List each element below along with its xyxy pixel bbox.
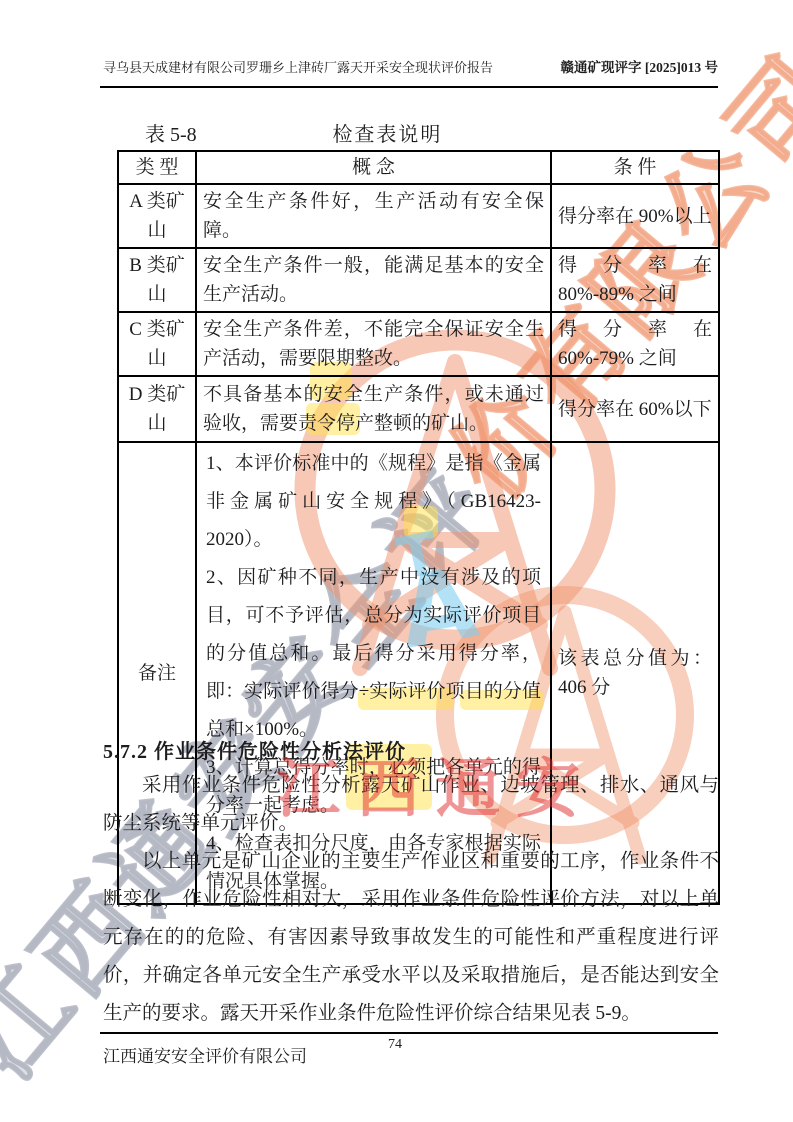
row-b-condition: 得分率在 80%-89% 之间: [551, 248, 719, 312]
table-row: C 类矿山 安全生产条件差，不能完全保证安全生产活动，需要限期整改。 得分率在 …: [118, 312, 719, 376]
col-header-concept: 概 念: [196, 151, 551, 184]
col-header-condition: 条 件: [551, 151, 719, 184]
body-paragraph: 采用作业条件危险性分析露天矿山作业、边坡管理、排水、通风与防尘系统等单元评价。: [103, 767, 719, 843]
row-c-type: C 类矿山: [118, 312, 196, 376]
table-caption-label: 表 5-8: [145, 118, 197, 147]
footer-rule: [100, 1032, 718, 1034]
header-rule: [100, 86, 718, 88]
remarks-item: 2、因矿种不同，生产中没有涉及的项目，可不予评估，总分为实际评价项目的分值总和。…: [203, 559, 544, 749]
table-caption-title: 检查表说明: [332, 118, 442, 147]
table-row: D 类矿山 不具备基本的安全生产条件，或未通过验收，需要责令停产整顿的矿山。 得…: [118, 376, 719, 442]
header-report-title: 寻乌县天成建材有限公司罗珊乡上津砖厂露天开采安全现状评价报告: [103, 57, 493, 76]
row-d-concept: 不具备基本的安全生产条件，或未通过验收，需要责令停产整顿的矿山。: [196, 376, 551, 442]
footer-page-number: 74: [388, 1037, 402, 1053]
table-row: A 类矿山 安全生产条件好，生产活动有安全保障。 得分率在 90%以上: [118, 184, 719, 248]
row-d-type: D 类矿山: [118, 376, 196, 442]
header-doc-number: 赣通矿现评字 [2025]013 号: [561, 56, 719, 76]
col-header-type: 类 型: [118, 151, 196, 184]
row-c-condition: 得分率在 60%-79% 之间: [551, 312, 719, 376]
body-paragraph: 以上单元是矿山企业的主要生产作业区和重要的工序，作业条件不断变化，作业危险性相对…: [103, 843, 719, 1033]
table-header-row: 类 型 概 念 条 件: [118, 151, 719, 184]
remarks-item: 1、本评价标准中的《规程》是指《金属非金属矿山安全规程》（GB16423-202…: [203, 445, 544, 559]
section-heading: 5.7.2 作业条件危险性分析法评价: [103, 735, 406, 764]
page-content: 寻乌县天成建材有限公司罗珊乡上津砖厂露天开采安全现状评价报告 赣通矿现评字 [2…: [0, 0, 793, 1122]
row-a-condition: 得分率在 90%以上: [551, 184, 719, 248]
row-a-type: A 类矿山: [118, 184, 196, 248]
row-b-concept: 安全生产条件一般，能满足基本的安全生产活动。: [196, 248, 551, 312]
footer-company-name: 江西通安安全评价有限公司: [103, 1042, 307, 1067]
row-b-type: B 类矿山: [118, 248, 196, 312]
table-row: B 类矿山 安全生产条件一般，能满足基本的安全生产活动。 得分率在 80%-89…: [118, 248, 719, 312]
row-c-concept: 安全生产条件差，不能完全保证安全生产活动，需要限期整改。: [196, 312, 551, 376]
row-d-condition: 得分率在 60%以下: [551, 376, 719, 442]
row-a-concept: 安全生产条件好，生产活动有安全保障。: [196, 184, 551, 248]
table-caption: 表 5-8 检查表说明: [117, 118, 718, 148]
document-page: 江西通安安全评价有限公司 T A 江西通安 寻乌县天成建材有限公司罗珊乡上津砖厂…: [0, 0, 793, 1122]
